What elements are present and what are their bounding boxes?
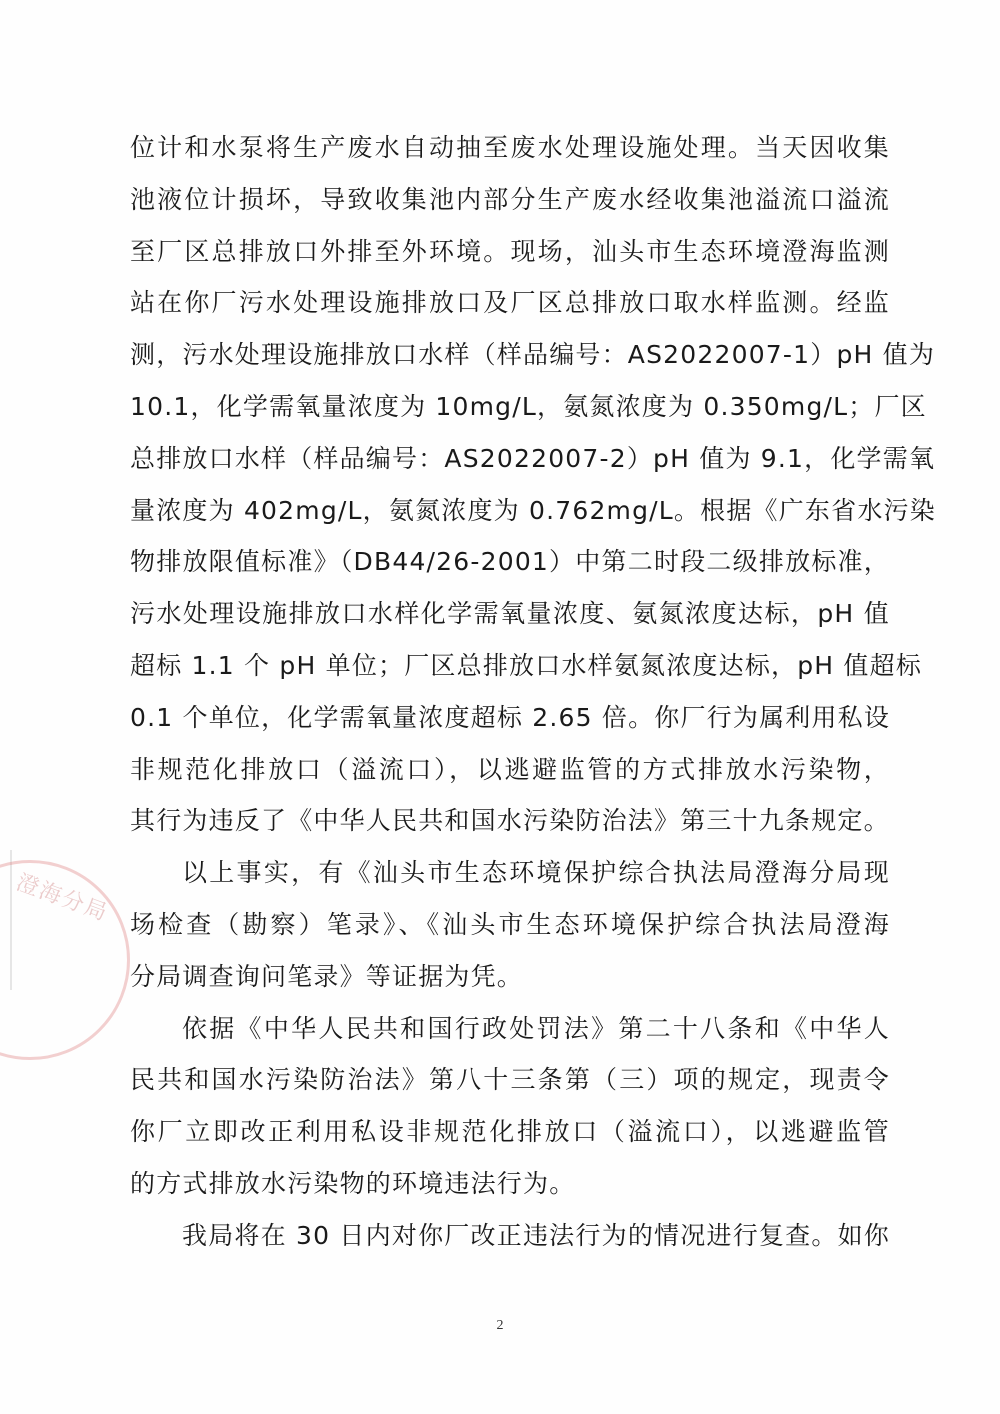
body-line: 非规范化排放口（溢流口），以逃避监管的方式排放水污染物， xyxy=(130,744,890,796)
body-line: 10.1，化学需氧量浓度为 10mg/L，氨氮浓度为 0.350mg/L；厂区 xyxy=(130,381,890,433)
paragraph-start-line: 以上事实，有《汕头市生态环境保护综合执法局澄海分局现 xyxy=(130,847,890,899)
page-number: 2 xyxy=(0,1318,1000,1334)
body-line: 量浓度为 402mg/L，氨氮浓度为 0.762mg/L。根据《广东省水污染 xyxy=(130,485,890,537)
paragraph-start-line: 我局将在 30 日内对你厂改正违法行为的情况进行复查。如你 xyxy=(130,1210,890,1262)
body-line: 0.1 个单位，化学需氧量浓度超标 2.65 倍。你厂行为属利用私设 xyxy=(130,692,890,744)
body-line: 污水处理设施排放口水样化学需氧量浓度、氨氮浓度达标，pH 值 xyxy=(130,588,890,640)
body-line: 超标 1.1 个 pH 单位；厂区总排放口水样氨氮浓度达标，pH 值超标 xyxy=(130,640,890,692)
body-line: 物排放限值标准》（DB44/26-2001）中第二时段二级排放标准， xyxy=(130,536,890,588)
body-line: 其行为违反了《中华人民共和国水污染防治法》第三十九条规定。 xyxy=(130,795,890,847)
body-line: 站在你厂污水处理设施排放口及厂区总排放口取水样监测。经监 xyxy=(130,277,890,329)
body-line: 民共和国水污染防治法》第八十三条第（三）项的规定，现责令 xyxy=(130,1054,890,1106)
body-line: 位计和水泵将生产废水自动抽至废水处理设施处理。当天因收集 xyxy=(130,122,890,174)
document-body: 位计和水泵将生产废水自动抽至废水处理设施处理。当天因收集 池液位计损坏，导致收集… xyxy=(130,122,890,1262)
body-line: 分局调查询问笔录》等证据为凭。 xyxy=(130,951,890,1003)
body-line: 总排放口水样（样品编号：AS2022007-2）pH 值为 9.1，化学需氧 xyxy=(130,433,890,485)
stamp-text: 澄海分局 xyxy=(13,866,114,928)
official-seal-stamp: 澄海分局 xyxy=(0,860,130,1060)
body-line: 你厂立即改正利用私设非规范化排放口（溢流口），以逃避监管 xyxy=(130,1106,890,1158)
body-line: 场检查（勘察）笔录》、《汕头市生态环境保护综合执法局澄海 xyxy=(130,899,890,951)
body-line: 的方式排放水污染物的环境违法行为。 xyxy=(130,1158,890,1210)
body-line: 至厂区总排放口外排至外环境。现场，汕头市生态环境澄海监测 xyxy=(130,226,890,278)
body-line: 测，污水处理设施排放口水样（样品编号：AS2022007-1）pH 值为 xyxy=(130,329,890,381)
body-line: 池液位计损坏，导致收集池内部分生产废水经收集池溢流口溢流 xyxy=(130,174,890,226)
document-page: 澄海分局 位计和水泵将生产废水自动抽至废水处理设施处理。当天因收集 池液位计损坏… xyxy=(0,0,1000,1414)
paragraph-start-line: 依据《中华人民共和国行政处罚法》第二十八条和《中华人 xyxy=(130,1003,890,1055)
